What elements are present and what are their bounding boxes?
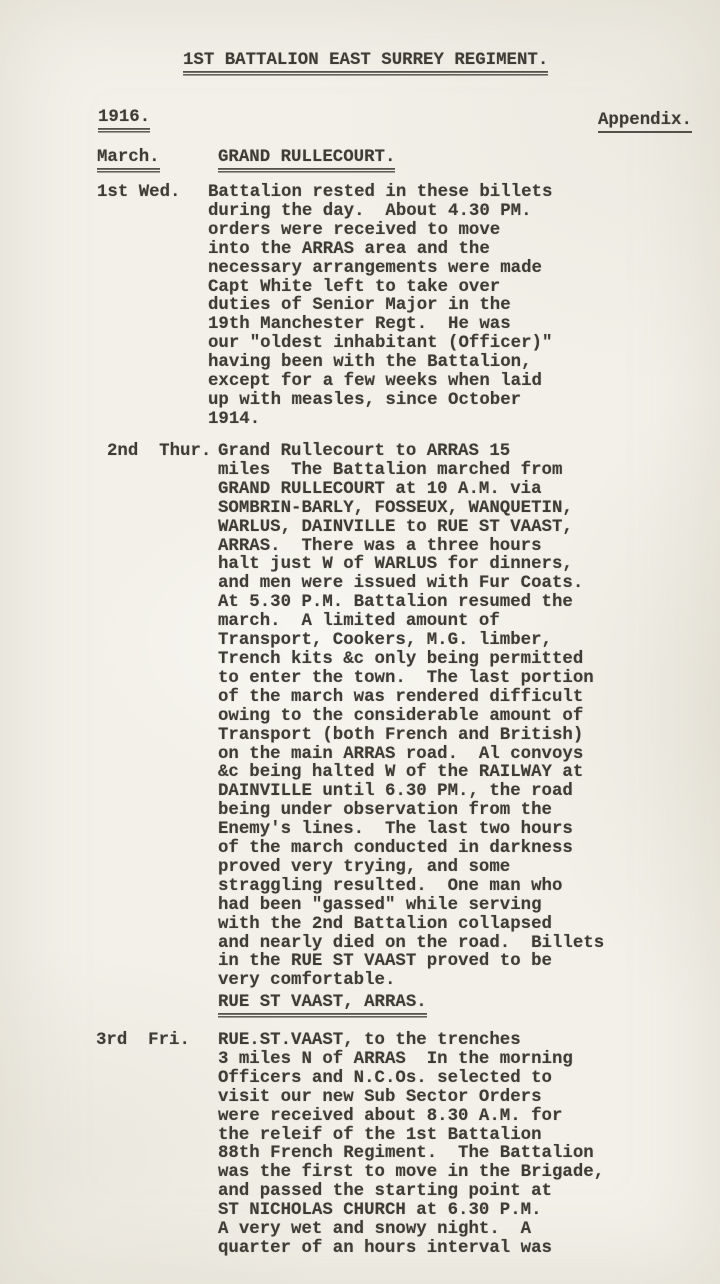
- appendix-label: Appendix.: [598, 112, 692, 133]
- page-title: 1ST BATTALION EAST SURREY REGIMENT.: [183, 52, 548, 76]
- entry-text: RUE.ST.VAAST, to the trenches 3 miles N …: [218, 1032, 604, 1259]
- section-heading-grand-rullecourt: GRAND RULLECOURT.: [218, 149, 395, 173]
- appendix-row: Appendix.: [598, 112, 692, 133]
- entry-text: Grand Rullecourt to ARRAS 15 miles The B…: [218, 443, 604, 991]
- entry-date: 3rd Fri.: [96, 1032, 190, 1051]
- section-heading-grand-rullecourt-text: GRAND RULLECOURT.: [218, 149, 395, 173]
- month-row: March.: [97, 149, 160, 173]
- entry-text: Battalion rested in these billets during…: [208, 184, 552, 430]
- page-title-row: 1ST BATTALION EAST SURREY REGIMENT.: [183, 52, 548, 76]
- month-label: March.: [97, 149, 160, 173]
- entry-date: 1st Wed.: [97, 184, 181, 203]
- year-row: 1916.: [98, 109, 150, 133]
- section-heading-rue-st-vaast: RUE ST VAAST, ARRAS.: [218, 994, 427, 1018]
- section-heading-rue-st-vaast-text: RUE ST VAAST, ARRAS.: [218, 994, 427, 1018]
- year-label: 1916.: [98, 109, 150, 133]
- diary-page: 1ST BATTALION EAST SURREY REGIMENT. 1916…: [0, 0, 720, 1284]
- entry-date: 2nd Thur.: [107, 443, 211, 462]
